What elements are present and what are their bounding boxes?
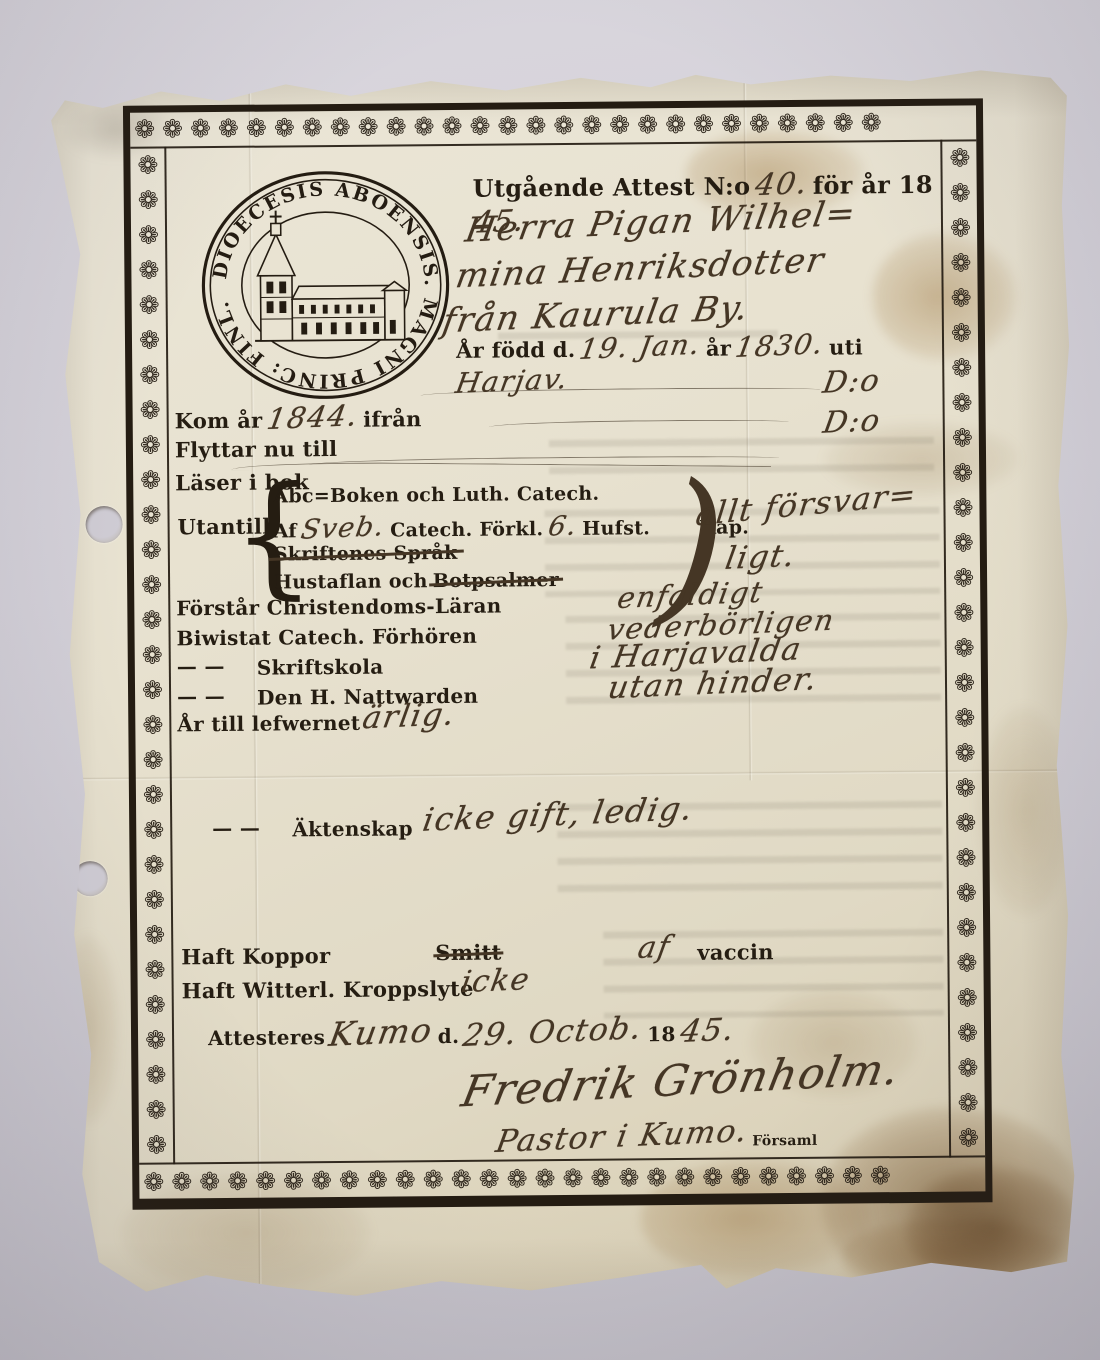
conduct-hw: ärlig. (360, 696, 458, 736)
marriage-hw: icke gift, ledig. (420, 789, 697, 839)
born-date-hw: 19. Jan. (577, 328, 704, 366)
confirmation-label: Skriftskola (257, 655, 384, 680)
came-label-1: Kom år (175, 408, 263, 434)
photo-background: ❁❁❁❁❁❁❁❁❁❁❁❁❁❁❁❁❁❁❁❁❁❁❁❁❁❁❁ ❁❁❁❁❁❁❁❁❁❁❁❁… (0, 0, 1100, 1360)
catechism-label: Biwistat Catech. Förhören (176, 624, 477, 651)
utantill-item-4a: Hustaflan och (274, 570, 428, 593)
ornamental-border: ❁❁❁❁❁❁❁❁❁❁❁❁❁❁❁❁❁❁❁❁❁❁❁❁❁❁❁ ❁❁❁❁❁❁❁❁❁❁❁❁… (123, 98, 993, 1209)
smallpox-vaccin: vaccin (697, 939, 774, 965)
utantill-note-hw-2: ligt. (723, 538, 799, 577)
attested-date-hw: 29. Octob. (461, 1010, 646, 1054)
document-paper: ❁❁❁❁❁❁❁❁❁❁❁❁❁❁❁❁❁❁❁❁❁❁❁❁❁❁❁ ❁❁❁❁❁❁❁❁❁❁❁❁… (51, 66, 1080, 1303)
understands-label: Förstår Christendoms-Läran (176, 594, 501, 621)
ruled-line (489, 419, 789, 431)
utantill-item-2b: Catech. Förkl. (390, 518, 543, 541)
punch-hole-top (85, 506, 122, 543)
rosette-band-bottom: ❁❁❁❁❁❁❁❁❁❁❁❁❁❁❁❁❁❁❁❁❁❁❁❁❁❁❁ (139, 1155, 985, 1198)
utantill-item-2a: Af (274, 520, 297, 542)
ditto-mark-1: D:o (820, 363, 883, 401)
certificate-content: DIOECESIS ABOENSIS. MAGNI PRINC: FINL. (166, 142, 949, 1163)
attested-year-hw: 45. (678, 1012, 738, 1050)
attested-d: d. (438, 1024, 460, 1048)
seal-legend: DIOECESIS ABOENSIS. MAGNI PRINC: FINL. (207, 176, 444, 394)
church-engraving-icon (254, 210, 407, 341)
stain (58, 934, 120, 1125)
utantill-catechism-hw: Sveb. (299, 511, 388, 546)
confirmation-dash: — — (177, 654, 225, 678)
attest-header-prefix: Utgående Attest N:o (473, 171, 751, 202)
ditto-mark-2: D:o (821, 403, 884, 441)
marriage-dash: — — (212, 816, 260, 840)
born-year-hw: 1830. (733, 327, 827, 364)
smallpox-struck: Smitt (435, 940, 501, 966)
utantill-item-4b-struck: Botpsalmer (433, 569, 559, 592)
stain (976, 706, 1073, 917)
signature-name: Fredrik Grönholm. (457, 1045, 904, 1118)
signature-title-hw: Pastor i Kumo. (493, 1113, 751, 1160)
utantill-item-1: Abc=Boken och Luth. Catech. (273, 483, 599, 508)
came-year-hw: 1844. (264, 398, 361, 436)
conduct-label: År till lefwernet (177, 711, 360, 737)
recipient-line-2: mina Henriksdotter (453, 240, 828, 296)
attested-18: 18 (647, 1022, 676, 1046)
deformity-label: Haft Witterl. Kroppslyte (182, 976, 474, 1004)
seal-graphic: DIOECESIS ABOENSIS. MAGNI PRINC: FINL. (196, 162, 454, 408)
deformity-hw: icke (458, 962, 533, 1000)
marriage-label: Äktenskap (292, 816, 413, 841)
diocese-seal: DIOECESIS ABOENSIS. MAGNI PRINC: FINL. (196, 162, 454, 408)
born-label-3: uti (829, 334, 863, 359)
born-label-2: år (706, 336, 731, 361)
utantill-item-3-struck: Skriftenes Språk (274, 542, 458, 566)
smallpox-label: Haft Koppor (181, 943, 330, 969)
punch-hole-bottom (73, 861, 108, 896)
smallpox-hw: af (635, 930, 673, 966)
stain (841, 1216, 1072, 1298)
attested-label: Attesteres (208, 1025, 325, 1050)
utantill-chapters-hw: 6. (546, 510, 580, 542)
utantill-item-2c: Hufst. (582, 517, 650, 540)
born-label-1: År född d. (456, 337, 576, 363)
signature-parish-printed: Församl (752, 1133, 817, 1150)
communion-dash: — — (177, 684, 225, 708)
came-label-2: ifrån (363, 406, 422, 432)
svg-text:DIOECESIS ABOENSIS. MAGNI PRIN: DIOECESIS ABOENSIS. MAGNI PRINC: FINL. (207, 176, 444, 394)
attested-place-hw: Kumo (327, 1010, 437, 1054)
